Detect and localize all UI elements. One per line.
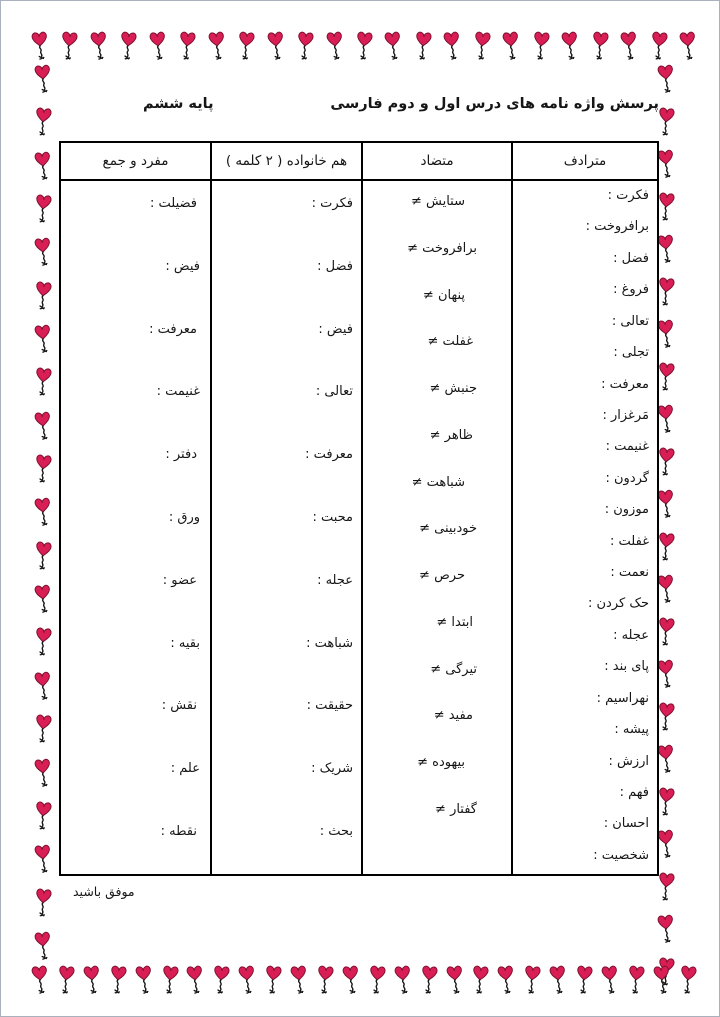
- table-column: فکرت : فضل : فیض : تعالی : معرفت : محبت …: [210, 181, 361, 874]
- heart-balloon-icon: [314, 959, 336, 999]
- vocab-item: غنیمت :: [65, 385, 200, 400]
- column-items: فکرت : فضل : فیض : تعالی : معرفت : محبت …: [212, 181, 361, 874]
- vocab-item: شباهت :: [216, 637, 353, 652]
- column-header: هم خانواده ( ۲ کلمه ): [210, 143, 361, 179]
- vocab-item: غفلت ≠: [367, 335, 473, 350]
- heart-balloon-icon: [32, 882, 56, 922]
- heart-balloon-icon: [560, 25, 581, 64]
- vocab-item: عجله :: [517, 629, 649, 644]
- vocab-item: پنهان ≠: [359, 289, 465, 304]
- heart-balloon-icon: [32, 838, 55, 878]
- vocab-item: تیرگی ≠: [371, 663, 477, 678]
- table-column: فضیلت : فیض : معرفت : غنیمت : دفتر : ورق…: [61, 181, 210, 874]
- heart-balloon-icon: [655, 909, 678, 949]
- vocab-item: ظاهر ≠: [367, 429, 473, 444]
- hearts-border-bottom: [31, 960, 697, 998]
- table-column: ستایش ≠ برافروخت ≠ پنهان ≠ غفلت ≠ جنبش ≠…: [361, 181, 511, 874]
- heart-balloon-icon: [32, 535, 56, 575]
- column-items: فضیلت : فیض : معرفت : غنیمت : دفتر : ورق…: [61, 181, 210, 874]
- vocab-item: بقیه :: [65, 637, 200, 652]
- vocab-item: ارزش :: [517, 755, 649, 770]
- vocab-item: گفتار ≠: [371, 803, 477, 818]
- heart-balloon-icon: [442, 25, 463, 64]
- vocab-item: شخصیت :: [517, 849, 649, 864]
- vocab-item: عضو :: [62, 574, 197, 589]
- heart-balloon-icon: [210, 959, 232, 999]
- hearts-border-top: [31, 26, 697, 64]
- vocab-item: تعالی :: [216, 385, 353, 400]
- vocab-item: برافروخت :: [517, 220, 649, 235]
- heart-balloon-icon: [599, 959, 620, 998]
- vocab-item: محبت :: [216, 511, 353, 526]
- heart-balloon-icon: [32, 708, 56, 748]
- vocab-item: بیهوده ≠: [359, 756, 465, 771]
- heart-balloon-icon: [133, 959, 154, 998]
- heart-balloon-icon: [651, 959, 672, 998]
- table-header-row: مترادف متضاد هم خانواده ( ۲ کلمه ) مفرد …: [61, 143, 657, 181]
- heart-balloon-icon: [32, 188, 56, 228]
- vocab-item: نقطه :: [62, 825, 197, 840]
- hearts-border-right: [657, 59, 677, 990]
- vocab-item: گردون :: [517, 472, 649, 487]
- heart-balloon-icon: [88, 25, 109, 64]
- heart-balloon-icon: [324, 25, 345, 64]
- heart-balloon-icon: [206, 25, 227, 64]
- hearts-border-left: [34, 59, 54, 964]
- vocab-item: بحث :: [216, 825, 353, 840]
- heart-balloon-icon: [548, 959, 569, 998]
- vocab-item: حقیقت :: [216, 699, 353, 714]
- heart-balloon-icon: [655, 58, 678, 98]
- vocab-item: معرفت :: [216, 448, 353, 463]
- heart-balloon-icon: [530, 25, 552, 65]
- heart-balloon-icon: [176, 25, 198, 65]
- heart-balloon-icon: [32, 795, 56, 835]
- vocab-item: مفید ≠: [367, 709, 473, 724]
- heart-balloon-icon: [59, 25, 81, 65]
- heart-balloon-icon: [32, 752, 55, 792]
- vocab-item: ستایش ≠: [359, 195, 465, 210]
- heart-balloon-icon: [32, 578, 55, 618]
- heart-balloon-icon: [392, 959, 413, 998]
- vocab-item: موزون :: [517, 503, 649, 518]
- heart-balloon-icon: [107, 959, 129, 999]
- grade-label: پایه ششم: [143, 96, 214, 112]
- vocab-item: فهم :: [517, 786, 649, 801]
- heart-balloon-icon: [55, 959, 77, 999]
- vocab-item: حرص ≠: [359, 569, 465, 584]
- vocab-item: نعمت :: [517, 566, 649, 581]
- heart-balloon-icon: [366, 959, 388, 999]
- worksheet-title: پرسش واژه نامه های درس اول و دوم فارسی: [330, 96, 659, 112]
- vocab-item: پای بند :: [517, 660, 649, 675]
- heart-balloon-icon: [625, 959, 647, 999]
- heart-balloon-icon: [618, 25, 639, 64]
- heart-balloon-icon: [412, 25, 434, 65]
- heart-balloon-icon: [501, 25, 522, 64]
- column-items: ستایش ≠ برافروخت ≠ پنهان ≠ غفلت ≠ جنبش ≠…: [363, 181, 511, 874]
- heart-balloon-icon: [147, 25, 168, 64]
- table-body-row: فکرت : برافروخت : فضل : فروغ : تعالی : ت…: [61, 181, 657, 874]
- vocab-table: مترادف متضاد هم خانواده ( ۲ کلمه ) مفرد …: [59, 141, 659, 876]
- heart-balloon-icon: [418, 959, 440, 999]
- vocab-item: معرفت :: [62, 323, 197, 338]
- heart-balloon-icon: [32, 275, 56, 315]
- heart-balloon-icon: [32, 405, 55, 445]
- vocab-item: نقش :: [62, 699, 197, 714]
- vocab-item: معرفت :: [517, 378, 649, 393]
- heart-balloon-icon: [471, 25, 493, 65]
- vocab-item: فکرت :: [517, 189, 649, 204]
- vocab-item: نهراسیم :: [517, 692, 649, 707]
- heart-balloon-icon: [159, 959, 181, 999]
- heart-balloon-icon: [32, 361, 56, 401]
- heart-balloon-icon: [573, 959, 595, 999]
- heart-balloon-icon: [29, 959, 50, 998]
- vocab-item: مَرغزار :: [517, 409, 649, 424]
- heart-balloon-icon: [117, 25, 139, 65]
- column-header: مفرد و جمع: [61, 143, 210, 179]
- heart-balloon-icon: [235, 25, 257, 65]
- vocab-item: فیض :: [65, 260, 200, 275]
- heart-balloon-icon: [32, 101, 56, 141]
- table-column: فکرت : برافروخت : فضل : فروغ : تعالی : ت…: [511, 181, 657, 874]
- heart-balloon-icon: [589, 25, 611, 65]
- vocab-item: ابتدا ≠: [367, 616, 473, 631]
- heart-balloon-icon: [32, 448, 56, 488]
- vocab-item: جنبش ≠: [371, 382, 477, 397]
- vocab-item: غفلت :: [517, 535, 649, 550]
- vocab-item: پیشه :: [517, 723, 649, 738]
- heart-balloon-icon: [81, 959, 102, 998]
- vocab-item: احسان :: [517, 817, 649, 832]
- heart-balloon-icon: [32, 145, 55, 185]
- vocab-item: خودبینی ≠: [371, 522, 477, 537]
- heart-balloon-icon: [32, 492, 55, 532]
- vocab-item: علم :: [65, 762, 200, 777]
- heart-balloon-icon: [237, 959, 258, 998]
- vocab-item: تجلی :: [517, 346, 649, 361]
- heart-balloon-icon: [32, 232, 55, 272]
- heart-balloon-icon: [32, 58, 55, 98]
- vocab-item: ورق :: [65, 511, 200, 526]
- heart-balloon-icon: [383, 25, 404, 64]
- heart-balloon-icon: [185, 959, 206, 998]
- heart-balloon-icon: [32, 622, 56, 662]
- footer-note: موفق باشید: [73, 884, 135, 899]
- vocab-item: دفتر :: [62, 448, 197, 463]
- column-header: متضاد: [361, 143, 511, 179]
- heart-balloon-icon: [32, 318, 55, 358]
- heart-balloon-icon: [340, 959, 361, 998]
- vocab-item: تعالی :: [517, 315, 649, 330]
- heart-balloon-icon: [32, 665, 55, 705]
- vocab-item: شریک :: [216, 762, 353, 777]
- heart-balloon-icon: [288, 959, 309, 998]
- heart-balloon-icon: [521, 959, 543, 999]
- vocab-item: عجله :: [216, 574, 353, 589]
- vocab-item: شباهت ≠: [359, 476, 465, 491]
- vocab-item: حک کردن :: [517, 597, 649, 612]
- vocab-item: غنیمت :: [517, 440, 649, 455]
- heart-balloon-icon: [469, 959, 491, 999]
- heart-balloon-icon: [294, 25, 316, 65]
- heart-balloon-icon: [265, 25, 286, 64]
- vocab-item: فضل :: [216, 260, 353, 275]
- heart-balloon-icon: [353, 25, 375, 65]
- vocab-item: فکرت :: [216, 197, 353, 212]
- column-items: فکرت : برافروخت : فضل : فروغ : تعالی : ت…: [513, 181, 657, 874]
- vocab-item: فضل :: [517, 252, 649, 267]
- worksheet-page: پرسش واژه نامه های درس اول و دوم فارسی پ…: [0, 0, 720, 1017]
- heart-balloon-icon: [677, 959, 699, 999]
- vocab-item: فضیلت :: [62, 197, 197, 212]
- vocab-item: فیض :: [216, 323, 353, 338]
- vocab-item: فروغ :: [517, 283, 649, 298]
- title-bar: پرسش واژه نامه های درس اول و دوم فارسی پ…: [59, 96, 659, 112]
- heart-balloon-icon: [677, 25, 698, 64]
- heart-balloon-icon: [444, 959, 465, 998]
- vocab-item: برافروخت ≠: [371, 242, 477, 257]
- heart-balloon-icon: [496, 959, 517, 998]
- heart-balloon-icon: [262, 959, 284, 999]
- column-header: مترادف: [511, 143, 657, 179]
